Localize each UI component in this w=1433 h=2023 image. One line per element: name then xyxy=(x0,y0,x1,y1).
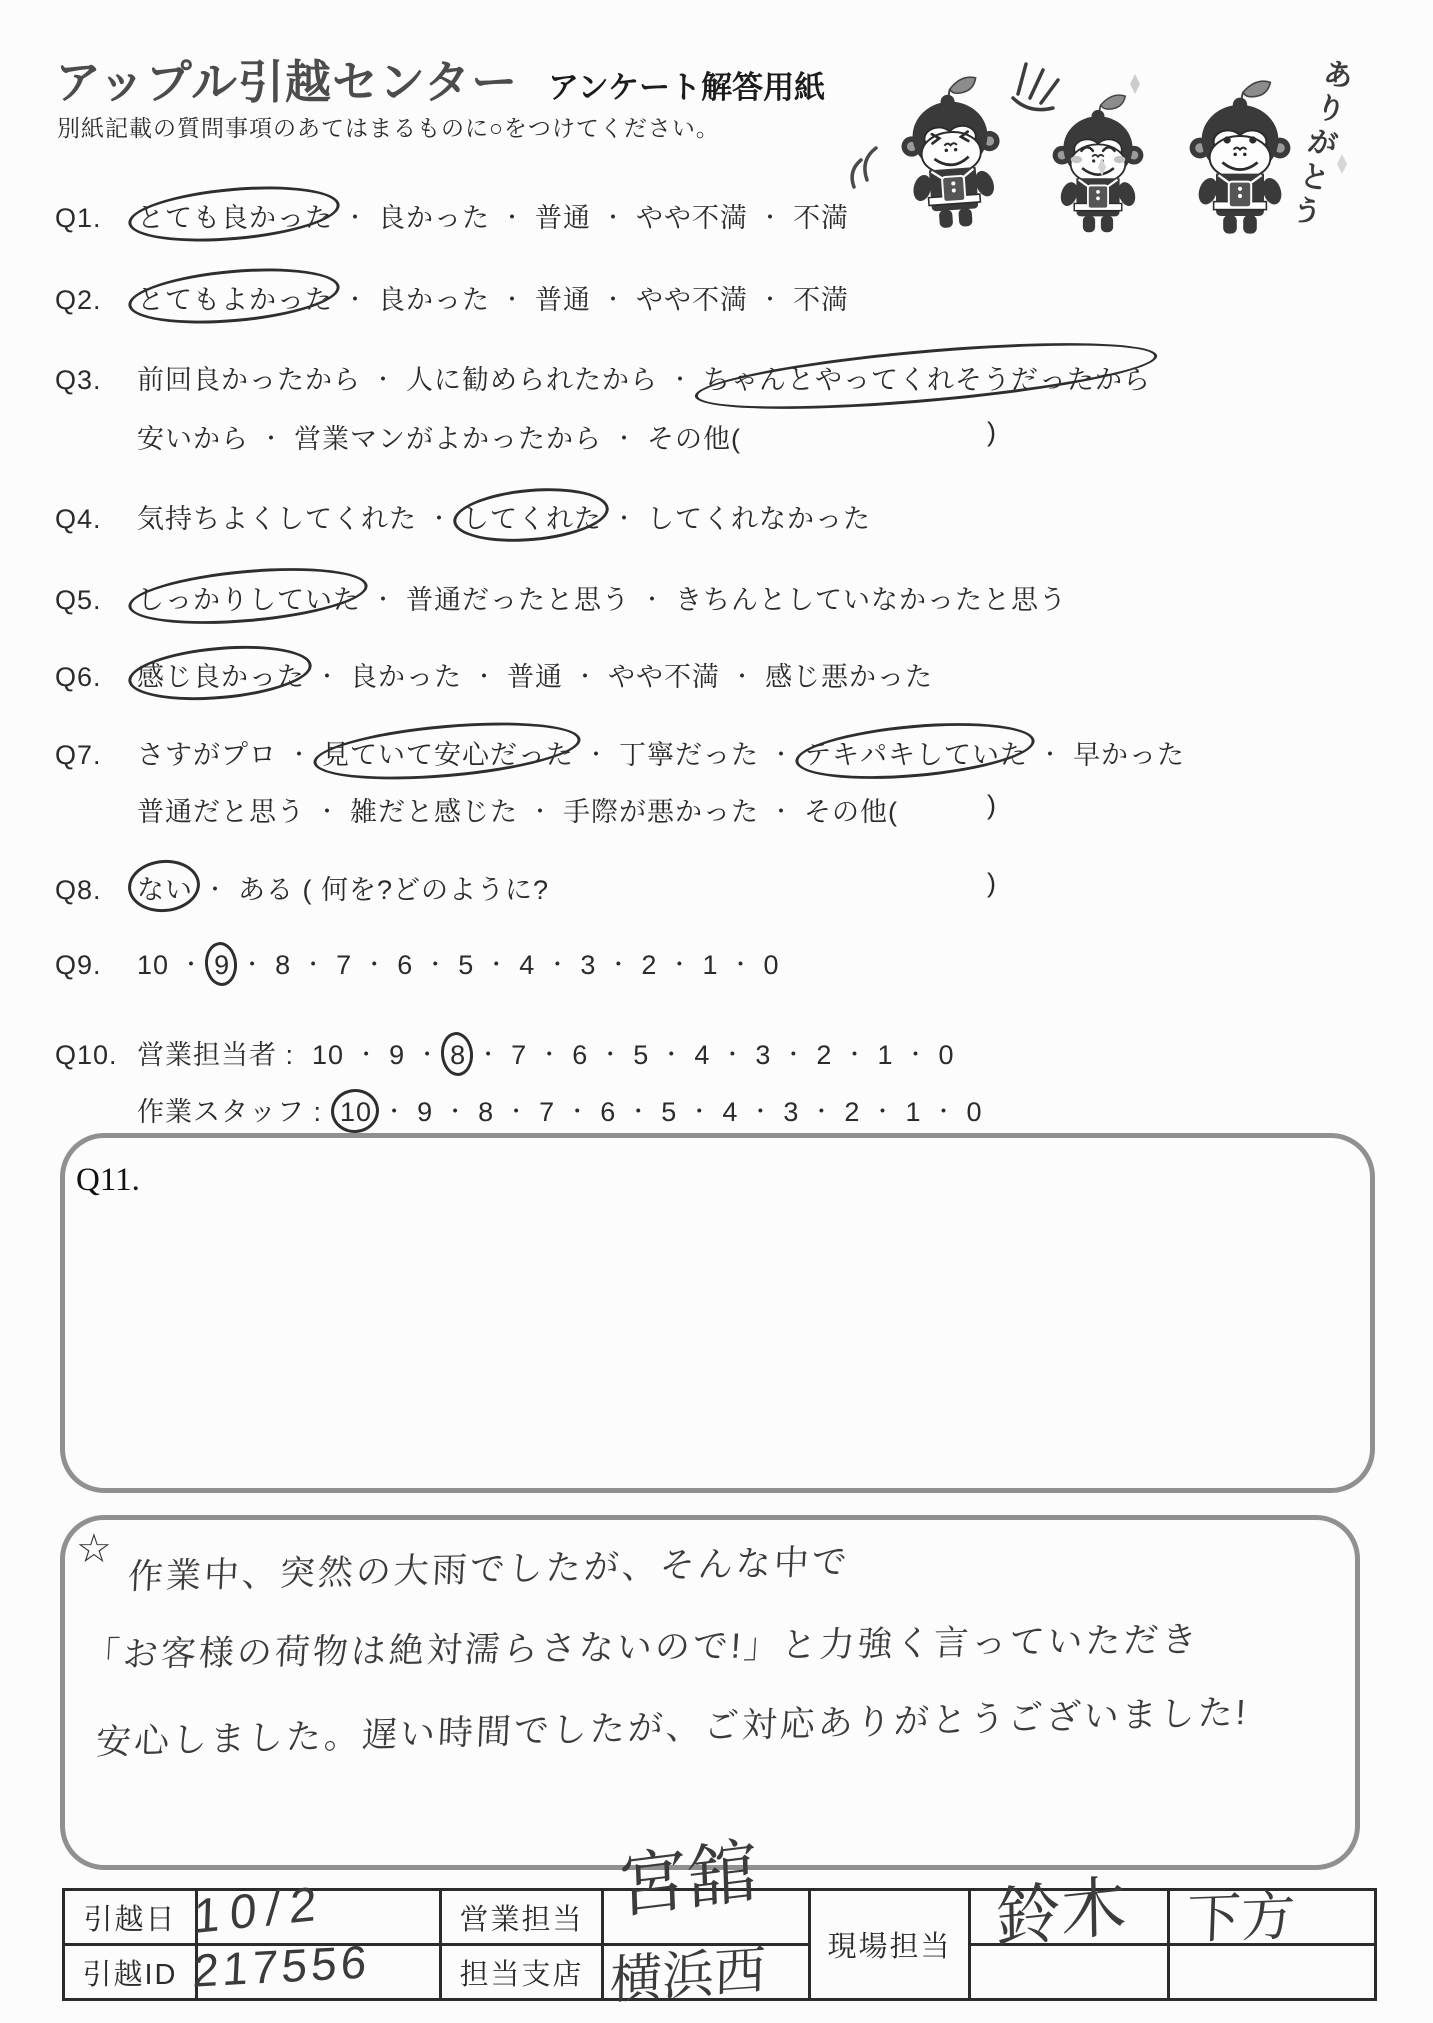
question-option: してくれた xyxy=(462,497,602,536)
question-options: 10・9・8・7・6・5・4・3・2・1・0 xyxy=(312,1040,955,1070)
option-separator: ・ xyxy=(372,587,395,612)
question-q10-line2: 作業スタッフ :10・9・8・7・6・5・4・3・2・1・0 xyxy=(55,1090,983,1129)
option-separator: ・ xyxy=(383,1099,406,1124)
question-option: 良かった xyxy=(378,196,490,235)
option-separator: ・ xyxy=(316,664,339,689)
question-option: 感じ良かった xyxy=(137,655,305,694)
crew2-handwriting: 下方 xyxy=(1186,1873,1297,1954)
q11-answer-box xyxy=(60,1133,1375,1493)
option-separator: ・ xyxy=(574,664,597,689)
option-separator: ・ xyxy=(204,877,227,902)
question-option: その他( xyxy=(647,417,741,456)
option-separator: ・ xyxy=(759,287,782,312)
site-crew-label: 現場担当 xyxy=(811,1891,971,2001)
question-number: Q10. xyxy=(55,1040,137,1071)
question-q9: Q9.10・9・8・7・6・5・4・3・2・1・0 xyxy=(55,948,780,981)
option-separator: ・ xyxy=(546,952,569,977)
question-option: 手際が悪かった xyxy=(563,790,759,829)
instruction-text: 別紙記載の質問事項のあてはまるものに○をつけてください。 xyxy=(57,110,720,143)
option-separator: ・ xyxy=(501,287,524,312)
option-separator: ・ xyxy=(668,952,691,977)
close-paren: ) xyxy=(987,417,997,448)
sales-rep-handwriting: 宮舘 xyxy=(616,1814,758,1932)
option-separator: ・ xyxy=(241,952,264,977)
option-separator: ・ xyxy=(688,1099,711,1124)
question-option: 普通 xyxy=(535,278,591,317)
question-options: ない・ある ( 何を?どのように? xyxy=(137,875,549,905)
question-option: 3 xyxy=(580,950,596,981)
question-number: Q1. xyxy=(55,203,137,234)
question-option: 良かった xyxy=(378,278,490,317)
close-paren: ) xyxy=(987,790,997,821)
question-option: 6 xyxy=(600,1097,616,1128)
question-option: 普通だったと思う xyxy=(406,578,630,617)
option-separator: ・ xyxy=(344,205,367,230)
option-separator: ・ xyxy=(288,742,311,767)
question-option: 6 xyxy=(397,950,413,981)
question-option: 7 xyxy=(511,1040,527,1071)
question-option: 安いから xyxy=(137,417,249,456)
question-number: Q8. xyxy=(55,875,137,906)
option-separator: ・ xyxy=(904,1042,927,1067)
question-options: さすがプロ・見ていて安心だった・丁寧だった・テキパキしていた・早かった xyxy=(137,740,1185,770)
question-option: 普通だと思う xyxy=(137,790,305,829)
question-option: その他( xyxy=(804,790,898,829)
question-number: Q4. xyxy=(55,504,137,535)
question-option: 営業マンがよかったから xyxy=(294,417,602,456)
question-option: 丁寧だった xyxy=(619,733,759,772)
option-separator: ・ xyxy=(871,1099,894,1124)
question-option: 雑だと感じた xyxy=(350,790,518,829)
option-separator: ・ xyxy=(607,952,630,977)
question-option: してくれなかった xyxy=(647,497,871,536)
question-option: 5 xyxy=(458,950,474,981)
option-separator: ・ xyxy=(660,1042,683,1067)
option-separator: ・ xyxy=(302,952,325,977)
question-option: 10 xyxy=(340,1097,372,1128)
option-separator: ・ xyxy=(770,742,793,767)
question-option: 前回良かったから xyxy=(137,358,361,397)
question-option: しっかりしていた xyxy=(137,578,361,617)
question-option: とてもよかった xyxy=(137,278,333,317)
question-option: 9 xyxy=(417,1097,433,1128)
question-option: 1 xyxy=(877,1040,893,1071)
question-option: 8 xyxy=(450,1040,466,1071)
question-number: Q3. xyxy=(55,365,137,396)
question-option: 普通 xyxy=(507,655,563,694)
option-separator: ・ xyxy=(477,1042,500,1067)
question-option: 1 xyxy=(702,950,718,981)
option-separator: ・ xyxy=(810,1099,833,1124)
question-option: きちんとしていなかったと思う xyxy=(675,578,1067,617)
question-q6: Q6.感じ良かった・良かった・普通・やや不満・感じ悪かった xyxy=(55,655,933,694)
option-separator: ・ xyxy=(729,952,752,977)
option-separator: ・ xyxy=(731,664,754,689)
question-option: 6 xyxy=(572,1040,588,1071)
option-separator: ・ xyxy=(260,426,283,451)
option-separator: ・ xyxy=(424,952,447,977)
option-separator: ・ xyxy=(613,506,636,531)
question-options: 10・9・8・7・6・5・4・3・2・1・0 xyxy=(137,950,780,980)
question-option: 1 xyxy=(905,1097,921,1128)
question-options: 前回良かったから・人に勧められたから・ちゃんとやってくれそうだったから xyxy=(137,365,1151,395)
question-option: 9 xyxy=(214,950,230,981)
question-option: 気持ちよくしてくれた xyxy=(137,497,417,536)
company-logo: アップル引越センター xyxy=(55,46,518,112)
question-number-q11: Q11. xyxy=(76,1162,140,1199)
move-date-label: 引越日 xyxy=(65,1891,198,1946)
option-separator: ・ xyxy=(485,952,508,977)
option-separator: ・ xyxy=(782,1042,805,1067)
option-separator: ・ xyxy=(444,1099,467,1124)
question-option: 早かった xyxy=(1073,733,1185,772)
option-separator: ・ xyxy=(538,1042,561,1067)
question-number: Q7. xyxy=(55,740,137,771)
question-option: とても良かった xyxy=(137,196,333,235)
question-option: ちゃんとやってくれそうだったから xyxy=(703,358,1151,397)
question-options: しっかりしていた・普通だったと思う・きちんとしていなかったと思う xyxy=(137,585,1067,615)
question-option: 見ていて安心だった xyxy=(322,733,574,772)
question-option: 9 xyxy=(389,1040,405,1071)
question-q3-line2: 安いから・営業マンがよかったから・その他( ) xyxy=(55,417,741,456)
question-option: 4 xyxy=(694,1040,710,1071)
question-option: 7 xyxy=(539,1097,555,1128)
sales-rep-label: 営業担当 xyxy=(442,1891,604,1946)
option-separator: ・ xyxy=(473,664,496,689)
option-separator: ・ xyxy=(641,587,664,612)
option-separator: ・ xyxy=(721,1042,744,1067)
option-separator: ・ xyxy=(501,205,524,230)
option-separator: ・ xyxy=(316,799,339,824)
option-separator: ・ xyxy=(602,205,625,230)
option-separator: ・ xyxy=(344,287,367,312)
question-option: 4 xyxy=(519,950,535,981)
question-option: 普通 xyxy=(535,196,591,235)
close-paren: ) xyxy=(987,868,997,899)
question-q7: Q7.さすがプロ・見ていて安心だった・丁寧だった・テキパキしていた・早かった xyxy=(55,733,1185,772)
question-options: とても良かった・良かった・普通・やや不満・不満 xyxy=(137,203,849,233)
question-options: 安いから・営業マンがよかったから・その他( xyxy=(137,424,741,454)
option-separator: ・ xyxy=(602,287,625,312)
question-q7-line2: 普通だと思う・雑だと感じた・手際が悪かった・その他( ) xyxy=(55,790,898,829)
question-option: 人に勧められたから xyxy=(406,358,658,397)
branch-handwriting: 横浜西 xyxy=(610,1927,767,2013)
option-separator: ・ xyxy=(585,742,608,767)
question-option: テキパキしていた xyxy=(804,733,1028,772)
question-option: 10 xyxy=(312,1040,344,1071)
option-separator: ・ xyxy=(843,1042,866,1067)
option-separator: ・ xyxy=(416,1042,439,1067)
question-options: 気持ちよくしてくれた・してくれた・してくれなかった xyxy=(137,504,871,534)
question-number: Q6. xyxy=(55,662,137,693)
question-option: 7 xyxy=(336,950,352,981)
question-q5: Q5.しっかりしていた・普通だったと思う・きちんとしていなかったと思う xyxy=(55,578,1067,617)
question-number: Q2. xyxy=(55,285,137,316)
option-separator: ・ xyxy=(627,1099,650,1124)
option-separator: ・ xyxy=(749,1099,772,1124)
question-options: 10・9・8・7・6・5・4・3・2・1・0 xyxy=(340,1097,983,1127)
question-option: 3 xyxy=(783,1097,799,1128)
question-option: 0 xyxy=(939,1040,955,1071)
question-option: 4 xyxy=(722,1097,738,1128)
question-option: やや不満 xyxy=(636,196,748,235)
option-separator: ・ xyxy=(1039,742,1062,767)
option-separator: ・ xyxy=(932,1099,955,1124)
question-option: 5 xyxy=(661,1097,677,1128)
branch-label: 担当支店 xyxy=(442,1946,604,2001)
option-separator: ・ xyxy=(566,1099,589,1124)
option-separator: ・ xyxy=(599,1042,622,1067)
question-option: 8 xyxy=(275,950,291,981)
question-option: さすがプロ xyxy=(137,733,277,772)
question-option: 8 xyxy=(478,1097,494,1128)
question-q3: Q3.前回良かったから・人に勧められたから・ちゃんとやってくれそうだったから xyxy=(55,358,1151,397)
option-separator: ・ xyxy=(529,799,552,824)
question-option: 2 xyxy=(844,1097,860,1128)
option-separator: ・ xyxy=(505,1099,528,1124)
question-option: ある ( 何を?どのように? xyxy=(238,868,549,907)
question-option: 2 xyxy=(641,950,657,981)
question-q8: Q8.ない・ある ( 何を?どのように? ) xyxy=(55,868,549,907)
score-target-label: 営業担当者 : xyxy=(137,1040,294,1070)
crew1-handwriting: 鈴木 xyxy=(995,1852,1128,1961)
question-option: 感じ悪かった xyxy=(765,655,933,694)
question-q10: Q10.営業担当者 :10・9・8・7・6・5・4・3・2・1・0 xyxy=(55,1033,955,1072)
question-q2: Q2.とてもよかった・良かった・普通・やや不満・不満 xyxy=(55,278,849,317)
option-separator: ・ xyxy=(759,205,782,230)
question-option: 3 xyxy=(755,1040,771,1071)
question-option: 0 xyxy=(967,1097,983,1128)
move-id-handwriting: 217556 xyxy=(192,1934,372,1998)
question-option: やや不満 xyxy=(636,278,748,317)
option-separator: ・ xyxy=(613,426,636,451)
crew2-empty-cell xyxy=(1170,1946,1377,2001)
question-option: 不満 xyxy=(793,278,849,317)
question-option: ない xyxy=(137,868,193,907)
option-separator: ・ xyxy=(428,506,451,531)
question-options: 感じ良かった・良かった・普通・やや不満・感じ悪かった xyxy=(137,662,933,692)
question-option: 不満 xyxy=(793,196,849,235)
question-option: 5 xyxy=(633,1040,649,1071)
option-separator: ・ xyxy=(372,367,395,392)
question-option: 2 xyxy=(816,1040,832,1071)
question-option: 10 xyxy=(137,950,169,981)
question-options: とてもよかった・良かった・普通・やや不満・不満 xyxy=(137,285,849,315)
survey-sheet: アップル引越センター アンケート解答用紙 別紙記載の質問事項のあてはまるものに○… xyxy=(0,0,1433,2023)
star-mark: ☆ xyxy=(76,1526,112,1572)
option-separator: ・ xyxy=(669,367,692,392)
question-option: 良かった xyxy=(350,655,462,694)
question-q4: Q4.気持ちよくしてくれた・してくれた・してくれなかった xyxy=(55,497,871,536)
option-separator: ・ xyxy=(355,1042,378,1067)
score-target-label: 作業スタッフ : xyxy=(137,1097,322,1127)
option-separator: ・ xyxy=(770,799,793,824)
question-option: やや不満 xyxy=(608,655,720,694)
option-separator: ・ xyxy=(180,952,203,977)
option-separator: ・ xyxy=(363,952,386,977)
question-options: 普通だと思う・雑だと感じた・手際が悪かった・その他( xyxy=(137,797,898,827)
move-id-label: 引越ID xyxy=(65,1946,198,2001)
question-number: Q9. xyxy=(55,950,137,981)
question-number: Q5. xyxy=(55,585,137,616)
question-option: 0 xyxy=(763,950,779,981)
footer-info-table: 引越日 営業担当 現場担当 引越ID 担当支店 10/2 217556 宮舘 横… xyxy=(62,1888,1377,2001)
question-q1: Q1.とても良かった・良かった・普通・やや不満・不満 xyxy=(55,196,849,235)
